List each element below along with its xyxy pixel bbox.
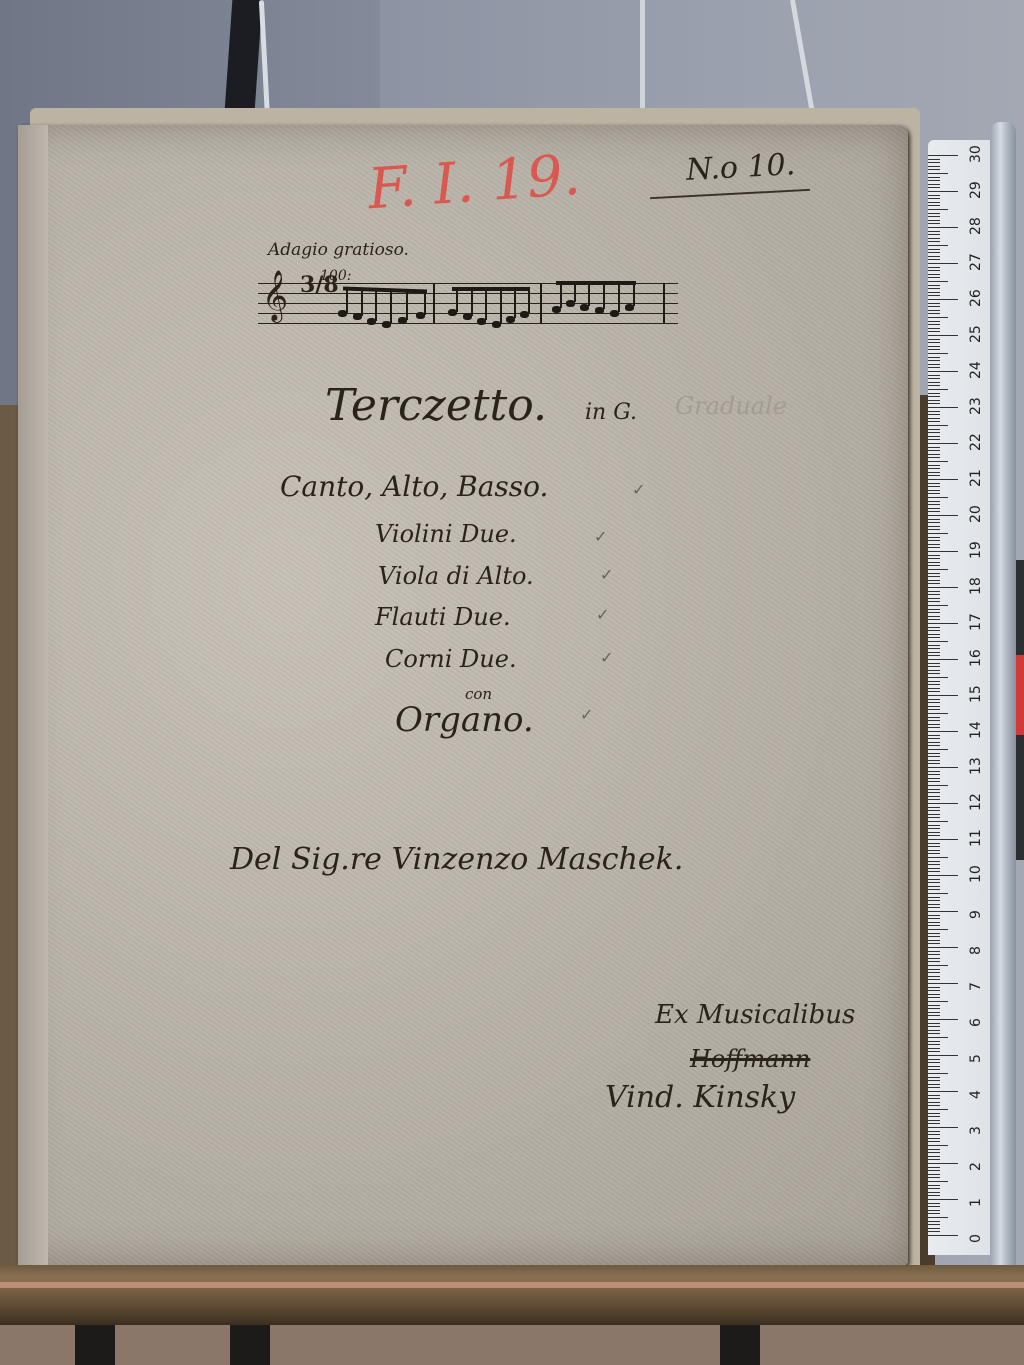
ruler-tick [928, 1217, 948, 1218]
ruler-tick [928, 238, 940, 239]
ruler-tick [928, 688, 940, 689]
ruler-tick [928, 886, 940, 887]
ruler-tick [928, 702, 940, 703]
ruler-tick [928, 807, 940, 808]
ownership-kinsky: Vind. Kinsky [605, 1080, 795, 1115]
ruler-tick [928, 936, 940, 937]
ruler-tick [928, 785, 948, 786]
ruler-tick [928, 753, 940, 754]
ruler-tick [928, 241, 940, 242]
ruler-number: 2 [968, 1141, 984, 1171]
ruler-tick [928, 663, 940, 664]
ruler-tick [928, 587, 958, 588]
ruler-tick [928, 1156, 940, 1157]
ruler-tick [928, 364, 940, 365]
ruler-tick [928, 475, 940, 476]
ruler-tick [928, 321, 940, 322]
ruler-tick [928, 1134, 940, 1135]
ruler-tick [928, 310, 940, 311]
ruler-tick [928, 439, 940, 440]
ruler-tick [928, 407, 958, 408]
ruler-tick [928, 641, 948, 642]
stand-leg [230, 1325, 270, 1365]
treble-clef-icon: 𝄞 [262, 270, 288, 321]
ruler-tick [928, 1062, 940, 1063]
ruler-tick [928, 825, 940, 826]
ruler-tick [928, 306, 940, 307]
ruler-tick [928, 1019, 958, 1020]
ruler-tick [928, 763, 940, 764]
ruler-tick [928, 299, 958, 300]
manuscript-spine [18, 125, 48, 1265]
ruler-tick [928, 659, 958, 660]
ruler-tick [928, 371, 958, 372]
ruler-tick [928, 933, 940, 934]
ruler-tick [928, 796, 940, 797]
ruler-tick [928, 252, 940, 253]
ruler-tick [928, 1185, 940, 1186]
ruler-tick [928, 637, 940, 638]
ruler-tick [928, 277, 940, 278]
instrument-corni: Corni Due. [385, 645, 517, 673]
ruler-tick [928, 519, 940, 520]
catalog-number: N.o 10. [685, 147, 796, 188]
ruler-tick [928, 868, 940, 869]
ruler-number: 16 [968, 637, 984, 667]
ruler-tick [928, 1170, 940, 1171]
ruler-tick [928, 1023, 940, 1024]
ruler-tick [928, 619, 940, 620]
ruler-number: 27 [968, 241, 984, 271]
ruler-tick [928, 601, 940, 602]
ruler-tick [928, 533, 948, 534]
ruler-tick [928, 1095, 940, 1096]
ruler-tick [928, 666, 940, 667]
ruler-tick [928, 1005, 940, 1006]
ruler-tick [928, 911, 958, 912]
ruler-tick [928, 1195, 940, 1196]
ruler-tick [928, 349, 940, 350]
ruler-tick [928, 875, 958, 876]
ruler-tick [928, 511, 940, 512]
ruler-tick [928, 393, 940, 394]
ruler-tick [928, 681, 940, 682]
ruler-tick [928, 529, 940, 530]
ruler-tick [928, 331, 940, 332]
ruler-tick [928, 216, 940, 217]
ruler-tick [928, 684, 940, 685]
ruler-number: 5 [968, 1033, 984, 1063]
ruler-tick [928, 1138, 940, 1139]
ruler-tick [928, 1210, 940, 1211]
ruler-tick [928, 940, 940, 941]
ruler-tick [928, 328, 940, 329]
check-mark-icon: ✓ [632, 480, 645, 499]
metronome-mark: 100: [320, 268, 351, 284]
ruler-tick [928, 367, 940, 368]
ruler-tick [928, 979, 940, 980]
ruler-tick [928, 1105, 940, 1106]
ruler-tick [928, 335, 958, 336]
instrument-organo: Organo. [395, 700, 534, 740]
ruler-tick [928, 1080, 940, 1081]
ruler-tick [928, 288, 940, 289]
ruler-tick [928, 292, 940, 293]
ruler-tick [928, 580, 940, 581]
ruler-tick [928, 1048, 940, 1049]
ruler-tick [928, 652, 940, 653]
ruler: 0123456789101112131415161718192021222324… [928, 140, 990, 1255]
ruler-tick [928, 486, 940, 487]
ruler-tick [928, 850, 940, 851]
ruler-tick [928, 1188, 940, 1189]
ruler-tick [928, 969, 940, 970]
ruler-tick [928, 1235, 958, 1236]
ruler-tick [928, 1141, 940, 1142]
ruler-tick [928, 1123, 940, 1124]
ruler-tick [928, 1051, 940, 1052]
ruler-tick [928, 817, 940, 818]
ruler-number: 1 [968, 1177, 984, 1207]
ruler-rail [990, 122, 1016, 1272]
ruler-tick [928, 263, 958, 264]
ruler-tick [928, 623, 958, 624]
ruler-number: 22 [968, 421, 984, 451]
ruler-tick [928, 1224, 940, 1225]
ruler-tick [928, 861, 940, 862]
ruler-tick [928, 396, 940, 397]
ruler-tick [928, 497, 948, 498]
ruler-tick [928, 1213, 940, 1214]
ruler-number: 23 [968, 385, 984, 415]
ruler-tick [928, 562, 940, 563]
ruler-tick [928, 1015, 940, 1016]
floor [0, 1325, 1024, 1365]
ruler-number: 25 [968, 313, 984, 343]
tempo-marking: Adagio gratioso. [268, 240, 409, 260]
ruler-tick [928, 987, 940, 988]
ruler-tick [928, 457, 940, 458]
stand-leg [720, 1325, 760, 1365]
ruler-tick [928, 1221, 940, 1222]
ruler-tick [928, 922, 940, 923]
ruler-tick [928, 1012, 940, 1013]
ruler-tick [928, 411, 940, 412]
ruler-number: 3 [968, 1105, 984, 1135]
ruler-tick [928, 1152, 940, 1153]
ruler-tick [928, 609, 940, 610]
ruler-tick [928, 198, 940, 199]
ruler-number: 20 [968, 493, 984, 523]
ruler-tick [928, 1149, 940, 1150]
ruler-tick [928, 1073, 948, 1074]
ruler-number: 7 [968, 961, 984, 991]
ruler-tick [928, 450, 940, 451]
ruler-tick [928, 1098, 940, 1099]
ruler-tick [928, 670, 940, 671]
ruler-tick [928, 223, 940, 224]
ruler-tick [928, 295, 940, 296]
ruler-tick [928, 742, 940, 743]
ruler-tick [928, 781, 940, 782]
ruler-tick [928, 645, 940, 646]
ruler-number: 15 [968, 673, 984, 703]
ruler-tick [928, 162, 940, 163]
ruler-tick [928, 976, 940, 977]
ruler-tick [928, 414, 940, 415]
ruler-tick [928, 1030, 940, 1031]
ruler-tick [928, 673, 940, 674]
ruler-tick [928, 285, 940, 286]
ruler-tick [928, 756, 940, 757]
ruler-tick [928, 187, 940, 188]
ruler-tick [928, 515, 958, 516]
ruler-tick [928, 382, 940, 383]
ruler-tick [928, 479, 958, 480]
ruler-tick [928, 1177, 940, 1178]
ruler-tick [928, 835, 940, 836]
ruler-tick [928, 1206, 940, 1207]
ruler-tick [928, 256, 940, 257]
ruler-tick [928, 655, 940, 656]
ownership-struck-name: Hoffmann [690, 1045, 810, 1073]
ruler-tick [928, 281, 948, 282]
instrument-viola: Viola di Alto. [378, 562, 534, 590]
ruler-tick [928, 493, 940, 494]
ruler-tick [928, 1203, 940, 1204]
ruler-tick [928, 159, 940, 160]
ruler-tick [928, 339, 940, 340]
ruler-tick [928, 558, 940, 559]
ruler-number: 24 [968, 349, 984, 379]
ruler-tick [928, 832, 940, 833]
instrument-flauti: Flauti Due. [375, 603, 511, 631]
ruler-number: 14 [968, 709, 984, 739]
ruler-tick [928, 1116, 940, 1117]
ruler-tick [928, 551, 958, 552]
ruler-tick [928, 857, 948, 858]
cable [790, 0, 816, 119]
ruler-tick [928, 1087, 940, 1088]
ruler-tick [928, 483, 940, 484]
ruler-tick [928, 900, 940, 901]
ruler-tick [928, 418, 940, 419]
ruler-tick [928, 774, 940, 775]
ruler-tick [928, 385, 940, 386]
ruler-tick [928, 634, 940, 635]
ruler-tick [928, 245, 948, 246]
ruler-number: 17 [968, 601, 984, 631]
ruler-tick [928, 889, 940, 890]
ruler-tick [928, 353, 948, 354]
ruler-tick [928, 1041, 940, 1042]
ruler-tick [928, 1159, 940, 1160]
ruler-number: 28 [968, 205, 984, 235]
ruler-tick [928, 1120, 940, 1121]
ruler-tick [928, 713, 948, 714]
ruler-tick [928, 778, 940, 779]
ruler-tick [928, 569, 948, 570]
ruler-tick [928, 360, 940, 361]
ruler-tick [928, 972, 940, 973]
ruler-tick [928, 501, 940, 502]
ruler-tick [928, 605, 948, 606]
ruler-tick [928, 357, 940, 358]
ruler-tick [928, 1228, 940, 1229]
ruler-tick [928, 994, 940, 995]
ruler-tick [928, 378, 940, 379]
shelf-edge [0, 1282, 1024, 1288]
ruler-tick [928, 882, 940, 883]
ruler-tick [928, 1044, 940, 1045]
ruler-tick [928, 997, 940, 998]
ruler-tick [928, 465, 940, 466]
ruler-tick [928, 583, 940, 584]
ruler-number: 19 [968, 529, 984, 559]
ruler-number: 0 [968, 1213, 984, 1243]
ruler-tick [928, 389, 948, 390]
ruler-tick [928, 612, 940, 613]
ruler-number: 4 [968, 1069, 984, 1099]
ruler-tick [928, 249, 940, 250]
ruler-tick [928, 573, 940, 574]
check-mark-icon: ✓ [580, 705, 593, 724]
ruler-tick [928, 799, 940, 800]
ruler-tick [928, 220, 940, 221]
ownership-ex-musicalibus: Ex Musicalibus [655, 1000, 855, 1030]
ruler-tick [928, 565, 940, 566]
ruler-tick [928, 432, 940, 433]
ruler-tick [928, 504, 940, 505]
ruler-tick [928, 814, 940, 815]
check-mark-icon: ✓ [596, 605, 609, 624]
ruler-tick [928, 259, 940, 260]
ruler-number: 13 [968, 745, 984, 775]
ruler-tick [928, 1069, 940, 1070]
ruler-tick [928, 720, 940, 721]
ruler-tick [928, 958, 940, 959]
ruler-tick [928, 231, 940, 232]
ruler-tick [928, 454, 940, 455]
ruler-tick [928, 555, 940, 556]
ruler-tick [928, 547, 940, 548]
ruler-tick [928, 717, 940, 718]
ruler-tick [928, 544, 940, 545]
ruler-tick [928, 925, 940, 926]
ruler-label-red [1016, 655, 1024, 735]
ruler-tick [928, 267, 940, 268]
ruler-tick [928, 270, 940, 271]
ruler-tick [928, 173, 948, 174]
ruler-tick [928, 961, 940, 962]
ruler-tick [928, 1055, 958, 1056]
ruler-tick [928, 166, 940, 167]
ruler-tick [928, 490, 940, 491]
ruler-tick [928, 803, 958, 804]
instrument-violini: Violini Due. [375, 520, 517, 548]
stand-leg [75, 1325, 115, 1365]
ruler-number: 8 [968, 925, 984, 955]
ruler-tick [928, 760, 940, 761]
ruler-tick [928, 731, 958, 732]
ruler-tick [928, 1167, 940, 1168]
ruler-tick [928, 983, 958, 984]
ruler-tick [928, 1109, 948, 1110]
ruler-tick [928, 169, 940, 170]
ruler-tick [928, 1113, 940, 1114]
ruler-tick [928, 1192, 940, 1193]
ruler-tick [928, 468, 940, 469]
ruler-tick [928, 771, 940, 772]
ruler-tick [928, 864, 940, 865]
ruler-tick [928, 591, 940, 592]
ruler-tick [928, 313, 940, 314]
voices-line: Canto, Alto, Basso. [280, 470, 548, 503]
ruler-tick [928, 436, 940, 437]
ruler-tick [928, 879, 940, 880]
ruler-tick [928, 303, 940, 304]
ruler-tick [928, 897, 940, 898]
ruler-tick [928, 893, 948, 894]
ruler-number: 30 [968, 133, 984, 163]
ruler-tick [928, 1199, 958, 1200]
ruler-tick [928, 425, 948, 426]
ruler-tick [928, 709, 940, 710]
ruler-tick [928, 706, 940, 707]
ruler-tick [928, 630, 940, 631]
ruler-tick [928, 767, 958, 768]
ruler-tick [928, 540, 940, 541]
ruler-tick [928, 724, 940, 725]
ruler-tick [928, 677, 948, 678]
ruler-tick [928, 1174, 940, 1175]
ruler-tick [928, 209, 948, 210]
ruler-tick [928, 954, 940, 955]
ruler-tick [928, 1033, 940, 1034]
ruler-tick [928, 1181, 948, 1182]
ruler-tick [928, 180, 940, 181]
ruler-tick [928, 1084, 940, 1085]
ruler-number: 12 [968, 781, 984, 811]
ruler-number: 10 [968, 853, 984, 883]
cable [640, 0, 645, 120]
ruler-tick [928, 400, 940, 401]
ruler-tick [928, 990, 940, 991]
ruler-tick [928, 904, 940, 905]
ruler-tick [928, 749, 948, 750]
ruler-tick [928, 1059, 940, 1060]
work-key: in G. [585, 400, 637, 425]
ruler-tick [928, 789, 940, 790]
ruler-number: 11 [968, 817, 984, 847]
ruler-number: 9 [968, 889, 984, 919]
ruler-tick [928, 727, 940, 728]
ruler-tick [928, 1131, 940, 1132]
ruler-tick [928, 1026, 940, 1027]
ruler-tick [928, 915, 940, 916]
ruler-tick [928, 205, 940, 206]
ruler-tick [928, 375, 940, 376]
ruler-tick [928, 735, 940, 736]
ruler-tick [928, 965, 948, 966]
ruler-tick [928, 461, 948, 462]
ruler-tick [928, 907, 940, 908]
ruler-tick [928, 951, 940, 952]
ruler-tick [928, 843, 940, 844]
ruler-tick [928, 1077, 940, 1078]
ruler-tick [928, 846, 940, 847]
ruler-tick [928, 191, 958, 192]
